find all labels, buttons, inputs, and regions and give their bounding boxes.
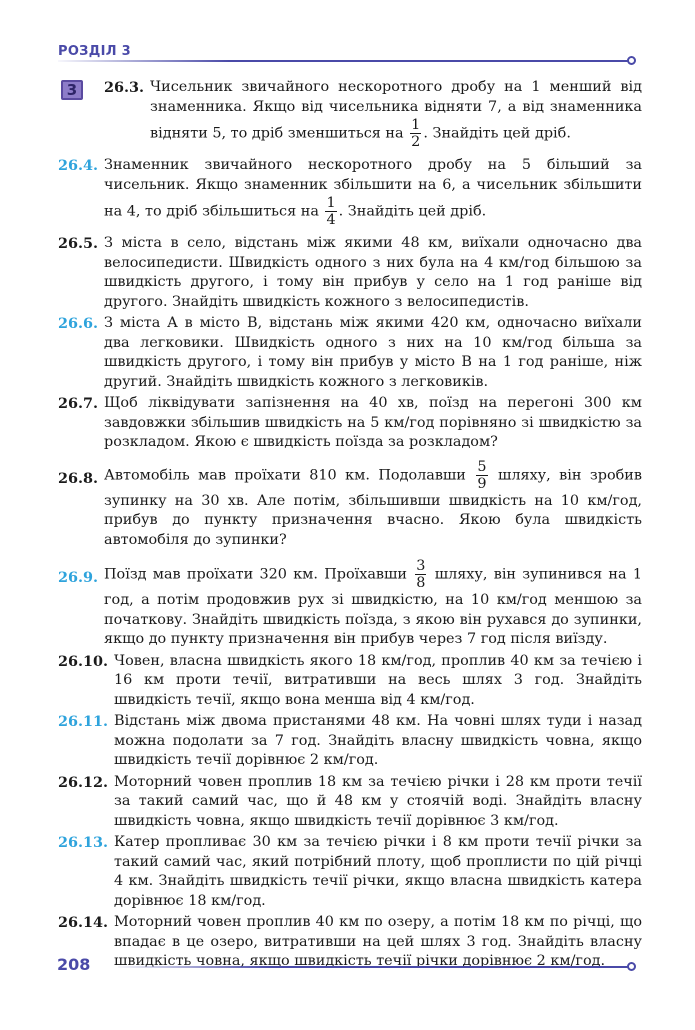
problem-number: 26.9.: [58, 568, 98, 588]
problem-text-part: . Знайдіть цей дріб.: [423, 126, 571, 142]
denominator: 8: [415, 575, 426, 591]
problem-text: Щоб ліквідувати запізнення на 40 хв, пої…: [58, 394, 642, 453]
fraction: 38: [415, 558, 426, 591]
problem-text-part: . Знайдіть цей дріб.: [339, 204, 487, 220]
problem-number: 26.13.: [58, 833, 108, 853]
problem-26-8: 26.8. Автомобіль мав проїхати 810 км. По…: [58, 459, 642, 551]
problem-26-4: 26.4. Знаменник звичайного нескоротного …: [58, 156, 642, 228]
problem-text: З міста в село, відстань між якими 48 км…: [58, 234, 642, 312]
numerator: 1: [325, 195, 336, 212]
problem-text: Моторний човен проплив 18 км за течією р…: [58, 773, 642, 832]
problem-26-14: 26.14. Моторний човен проплив 40 км по о…: [58, 913, 642, 972]
problem-text: Поїзд мав проїхати 320 км. Проїхавши 38 …: [58, 558, 642, 650]
section-label: РОЗДІЛ 3: [58, 44, 131, 59]
denominator: 2: [410, 134, 421, 150]
problem-number: 26.4.: [58, 156, 98, 176]
problem-text: Катер пропливає 30 км за течією річки і …: [58, 833, 642, 911]
problem-text: Човен, власна швидкість якого 18 км/год,…: [58, 652, 642, 711]
problem-text-part: Автомобіль мав проїхати 810 км. Подолавш…: [104, 467, 466, 483]
denominator: 9: [476, 476, 487, 492]
problem-26-10: 26.10. Човен, власна швидкість якого 18 …: [58, 652, 642, 711]
problem-26-12: 26.12. Моторний човен проплив 18 км за т…: [58, 773, 642, 832]
problem-text: З міста A в місто B, відстань між якими …: [58, 314, 642, 392]
numerator: 3: [415, 558, 426, 575]
header-divider-circle-icon: [627, 56, 636, 65]
fraction: 59: [476, 459, 487, 492]
page-number: 208: [57, 955, 90, 974]
numerator: 1: [410, 117, 421, 134]
problem-26-5: 26.5. З міста в село, відстань між якими…: [58, 234, 642, 312]
problem-number: 26.10.: [58, 652, 108, 672]
problem-26-9: 26.9. Поїзд мав проїхати 320 км. Проїхав…: [58, 558, 642, 650]
problem-number: 26.11.: [58, 712, 108, 732]
problem-text: Знаменник звичайного нескоротного дробу …: [58, 156, 642, 228]
fraction: 14: [325, 195, 336, 228]
problem-text-part: Поїзд мав проїхати 320 км. Проїхавши: [104, 567, 407, 583]
footer-divider: [118, 966, 628, 968]
problem-text: Автомобіль мав проїхати 810 км. Подолавш…: [58, 459, 642, 551]
header-divider: [58, 60, 628, 62]
problem-26-6: 26.6. З міста A в місто B, відстань між …: [58, 314, 642, 392]
problem-number: 26.8.: [58, 469, 98, 489]
problem-number: 26.5.: [58, 234, 98, 254]
problem-text: Моторний човен проплив 40 км по озеру, а…: [58, 913, 642, 972]
page-header: РОЗДІЛ 3: [58, 40, 131, 59]
denominator: 4: [325, 212, 336, 228]
problem-26-3: 26.3. Чисельник звичайного нескоротного …: [58, 78, 642, 150]
problem-number: 26.7.: [58, 394, 98, 414]
problem-26-11: 26.11. Відстань між двома пристанями 48 …: [58, 712, 642, 771]
fraction: 12: [410, 117, 421, 150]
problem-text: Відстань між двома пристанями 48 км. На …: [58, 712, 642, 771]
numerator: 5: [476, 459, 487, 476]
problem-26-13: 26.13. Катер пропливає 30 км за течією р…: [58, 833, 642, 911]
problem-list: 26.3. Чисельник звичайного нескоротного …: [58, 78, 642, 974]
problem-text: Чисельник звичайного нескоротного дробу …: [58, 78, 642, 150]
problem-26-7: 26.7. Щоб ліквідувати запізнення на 40 х…: [58, 394, 642, 453]
problem-number: 26.14.: [58, 913, 108, 933]
problem-number: 26.6.: [58, 314, 98, 334]
problem-number: 26.12.: [58, 773, 108, 793]
footer-divider-circle-icon: [627, 962, 636, 971]
problem-number: 26.3.: [104, 78, 144, 98]
